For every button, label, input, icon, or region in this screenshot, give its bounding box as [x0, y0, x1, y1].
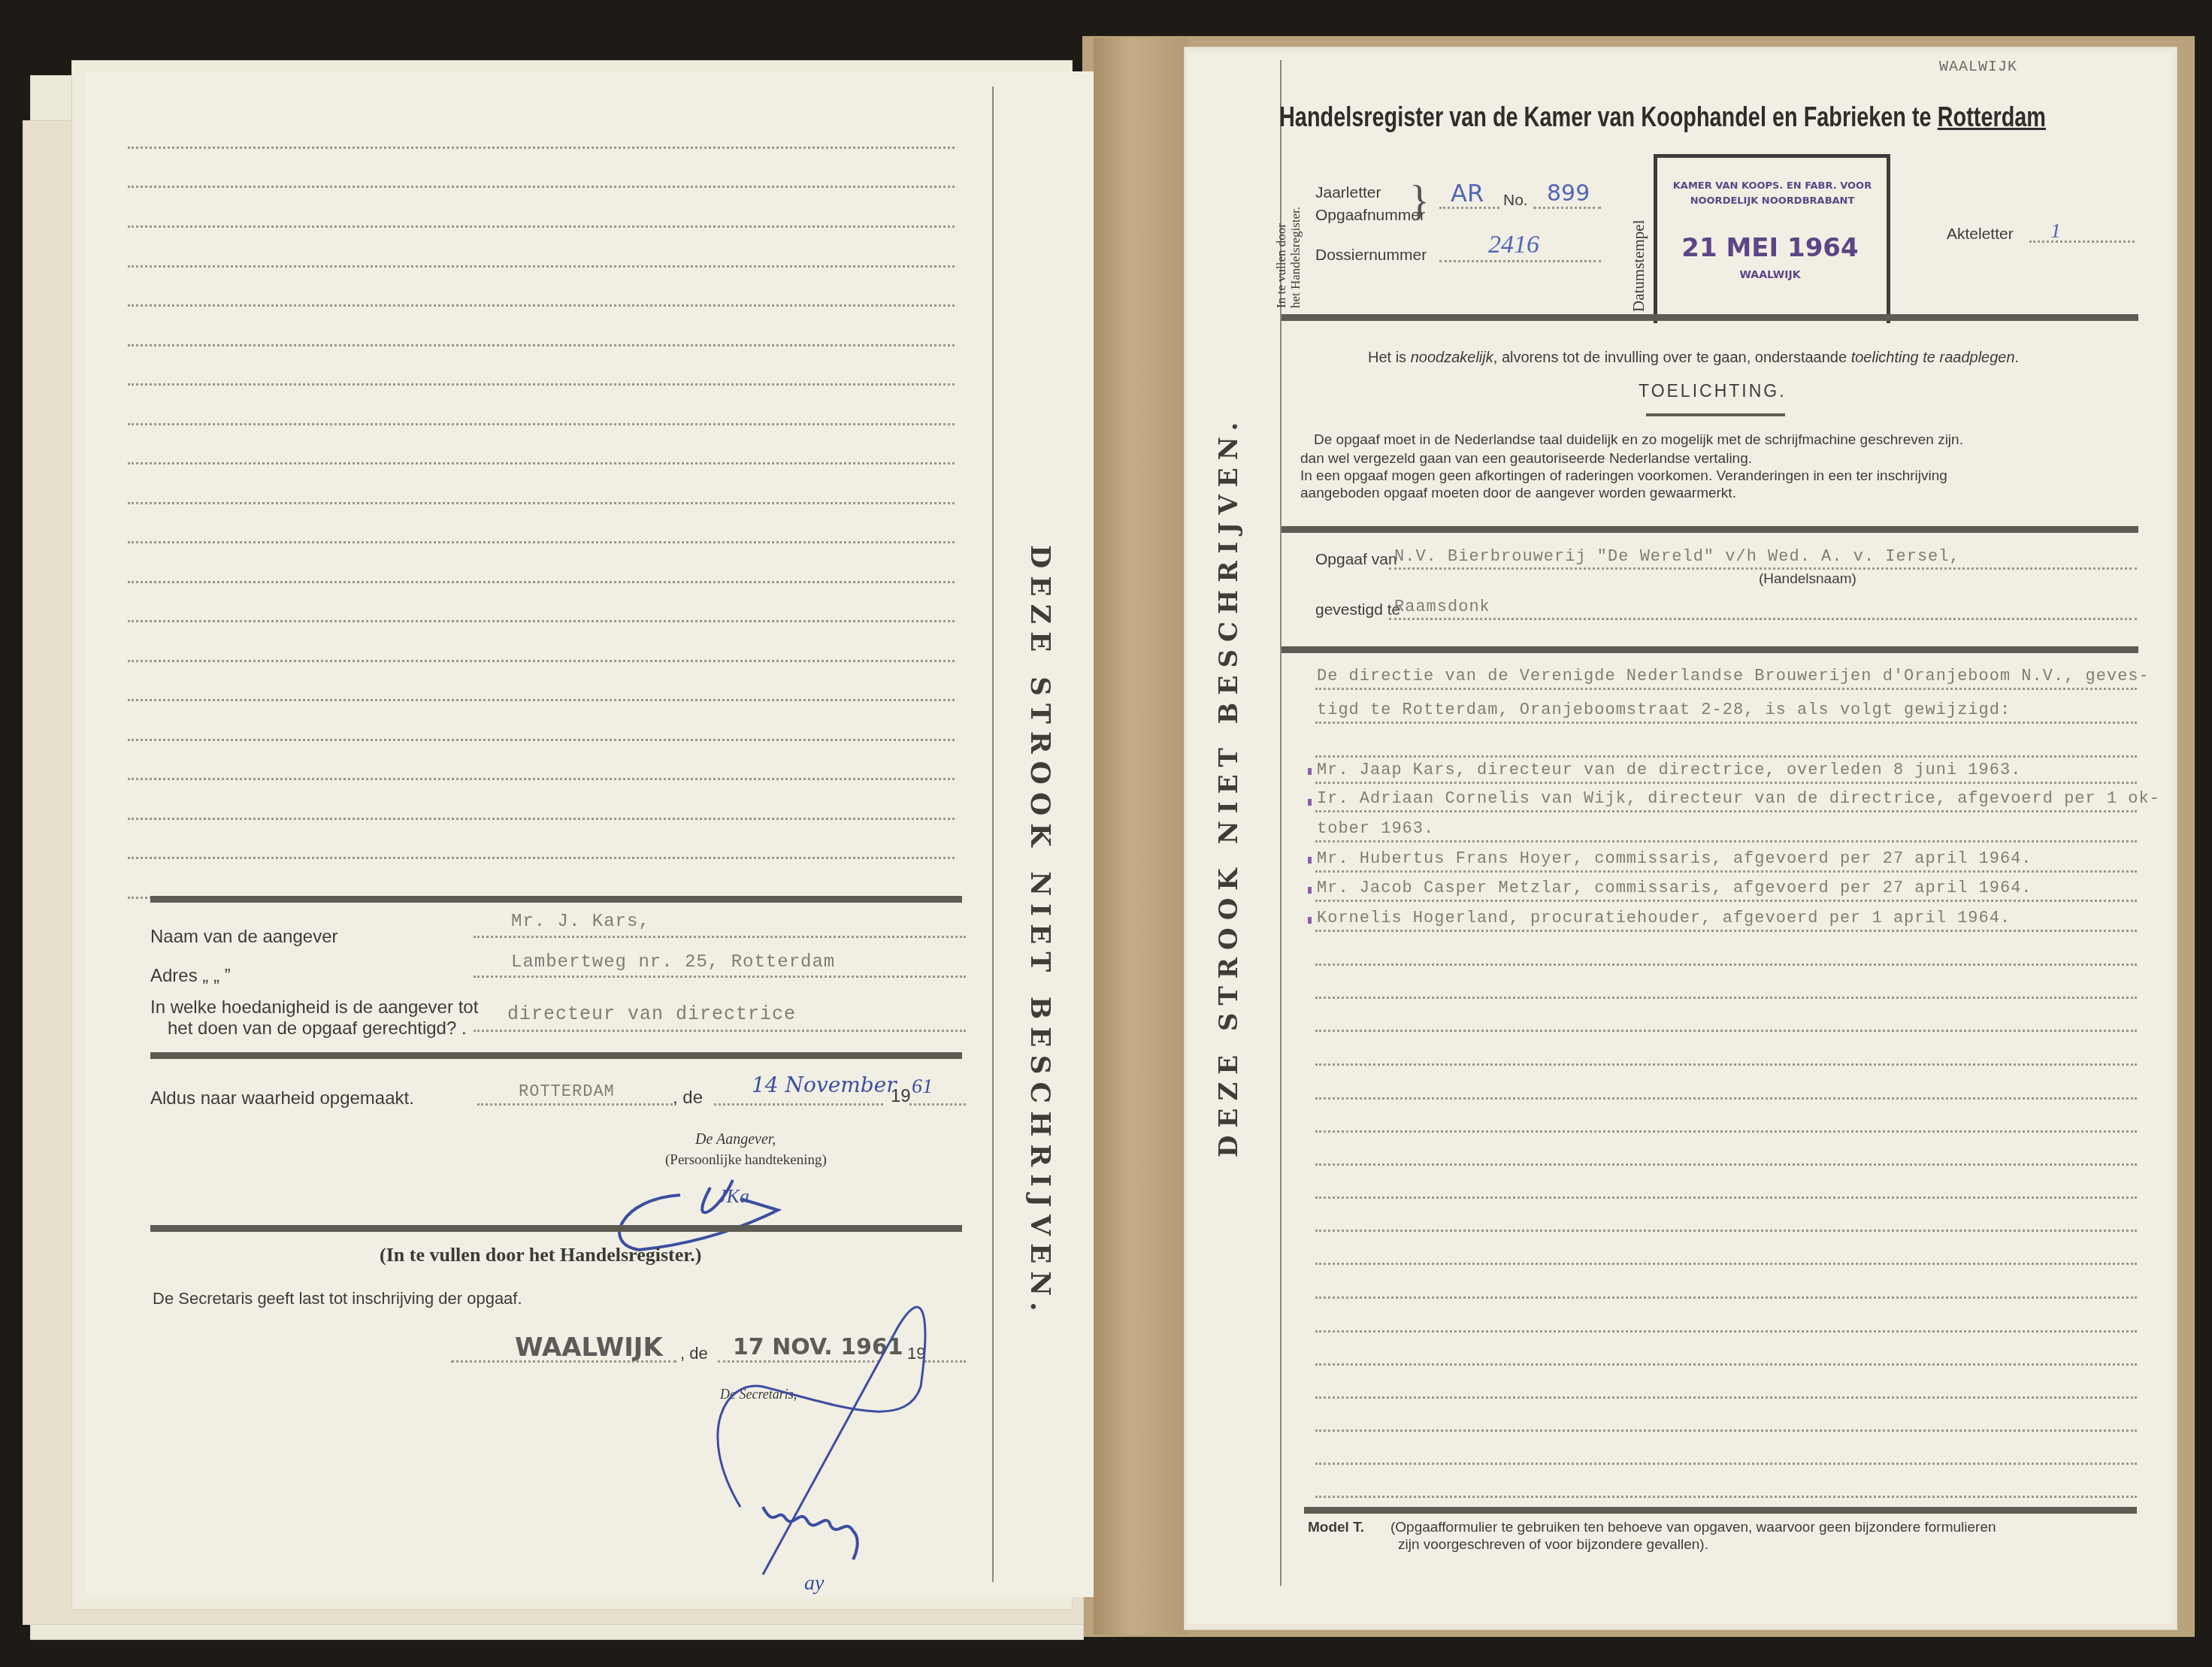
naam-label: Naam van de aangever: [150, 927, 338, 948]
stamp-date: 21 MEI 1964: [1657, 233, 1883, 263]
hoedanigheid-label-1: In welke hoedanigheid is de aangever tot: [150, 997, 478, 1018]
aldus-date-field[interactable]: 14 November: [752, 1073, 897, 1097]
divider: [1646, 413, 1785, 416]
body-line: Kornelis Hogerland, procuratiehouder, af…: [1317, 909, 2011, 927]
aldus-label: Aldus naar waarheid opgemaakt.: [150, 1088, 414, 1109]
side-label: In te vullen door het Handelsregister.: [1274, 207, 1303, 308]
date-stamp-box: KAMER VAN KOOPS. EN FABR. VOOR NOORDELIJ…: [1654, 154, 1890, 323]
svg-text:JKa: JKa: [718, 1185, 749, 1207]
left-form-page: DEZE STROOK NIET BESCHRIJVEN. Naam van d…: [86, 71, 1094, 1597]
hoedanigheid-label-2: het doen van de opgaaf gerechtigd? .: [168, 1018, 467, 1039]
brace: }: [1409, 180, 1430, 222]
opgaaf-van-field[interactable]: N.V. Bierbrouwerij "De Wereld" v/h Wed. …: [1394, 547, 1960, 566]
folder-spine: [1094, 38, 1188, 1635]
toelichting-line: In een opgaaf mogen geen afkortingen of …: [1300, 468, 1947, 485]
divider: [150, 1225, 962, 1232]
opgaaf-van-label: Opgaaf van: [1315, 551, 1397, 569]
divider: [1282, 526, 2138, 533]
adres-label: Adres „ „ ”: [150, 966, 231, 987]
form-title: Handelsregister van de Kamer van Koophan…: [1279, 101, 2046, 133]
toelichting-line: aangeboden opgaaf moeten door de aangeve…: [1300, 486, 1736, 502]
strip-notice: DEZE STROOK NIET BESCHRIJVEN.: [1214, 415, 1244, 1157]
toelichting-line: De opgaaf moet in de Nederlandse taal du…: [1314, 432, 1963, 449]
datumstempel-label: Datumstempel: [1629, 220, 1648, 312]
register-instruction: De Secretaris geeft last tot inschrijvin…: [153, 1289, 522, 1308]
no-label: No.: [1503, 192, 1528, 210]
dossiernummer-label: Dossiernummer: [1315, 247, 1427, 265]
gevestigd-field[interactable]: Raamsdonk: [1394, 598, 1490, 616]
divider: [150, 896, 962, 903]
body-line: De directie van de Verenigde Nederlandse…: [1317, 667, 2150, 685]
footer-text: (Opgaafformulier te gebruiken ten behoev…: [1390, 1520, 1996, 1536]
corner-stamp: WAALWIJK: [1939, 59, 2017, 76]
strip-border: [992, 86, 994, 1582]
year-prefix: 19: [891, 1086, 911, 1107]
aldus-year-field[interactable]: 61: [912, 1075, 933, 1099]
hoedanigheid-field[interactable]: directeur van directrice: [507, 1003, 796, 1025]
dossiernummer-field[interactable]: 2416: [1488, 231, 1539, 259]
body-line: Mr. Jaap Kars, directeur van de directri…: [1317, 761, 2021, 779]
secretaris-signature: ay: [650, 1259, 966, 1612]
de-label: , de: [673, 1088, 703, 1109]
aangever-subtitle: (Persoonlijke handtekening): [665, 1152, 827, 1169]
model-label: Model T.: [1308, 1520, 1364, 1536]
akteletter-field[interactable]: 1: [2050, 219, 2061, 244]
naam-field[interactable]: Mr. J. Kars,: [511, 912, 650, 932]
divider: [1282, 646, 2138, 653]
body-line: tigd te Rotterdam, Oranjeboomstraat 2-28…: [1317, 700, 2011, 719]
handelsnaam-caption: (Handelsnaam): [1759, 571, 1856, 588]
right-form-page: WAALWIJK DEZE STROOK NIET BESCHRIJVEN. H…: [1188, 53, 2172, 1623]
body-line: Mr. Jacob Casper Metzlar, commissaris, a…: [1317, 879, 2032, 897]
body-line: Ir. Adriaan Cornelis van Wijk, directeur…: [1317, 789, 2160, 808]
jaarletter-field[interactable]: AR: [1451, 179, 1484, 207]
gevestigd-label: gevestigd te: [1315, 601, 1400, 619]
body-line: tober 1963.: [1317, 819, 1434, 838]
aangever-title: De Aangever,: [695, 1131, 776, 1148]
toelichting-title: TOELICHTING.: [1639, 381, 1787, 401]
notice: Het is noodzakelijk, alvorens tot de inv…: [1368, 349, 2019, 367]
waalwijk-stamp: WAALWIJK: [515, 1333, 663, 1363]
opgaafnummer-field[interactable]: 899: [1547, 180, 1590, 207]
divider: [1304, 1507, 2137, 1514]
title-city: Rotterdam: [1938, 101, 2046, 132]
jaarletter-label: Jaarletter: [1315, 184, 1381, 202]
akteletter-label: Akteletter: [1947, 225, 2014, 244]
footer-text: zijn voorgeschreven of voor bijzondere g…: [1398, 1537, 1708, 1554]
body-line: Mr. Hubertus Frans Hoyer, commissaris, a…: [1317, 849, 2032, 868]
toelichting-line: dan wel vergezeld gaan van een geautoris…: [1300, 451, 1752, 467]
divider: [150, 1052, 962, 1059]
strip-notice: DEZE STROOK NIET BESCHRIJVEN.: [1024, 545, 1056, 1319]
adres-field[interactable]: Lambertweg nr. 25, Rotterdam: [511, 952, 835, 973]
svg-text:ay: ay: [804, 1572, 825, 1595]
divider: [1282, 314, 2138, 321]
aldus-place-field[interactable]: ROTTERDAM: [519, 1082, 615, 1101]
